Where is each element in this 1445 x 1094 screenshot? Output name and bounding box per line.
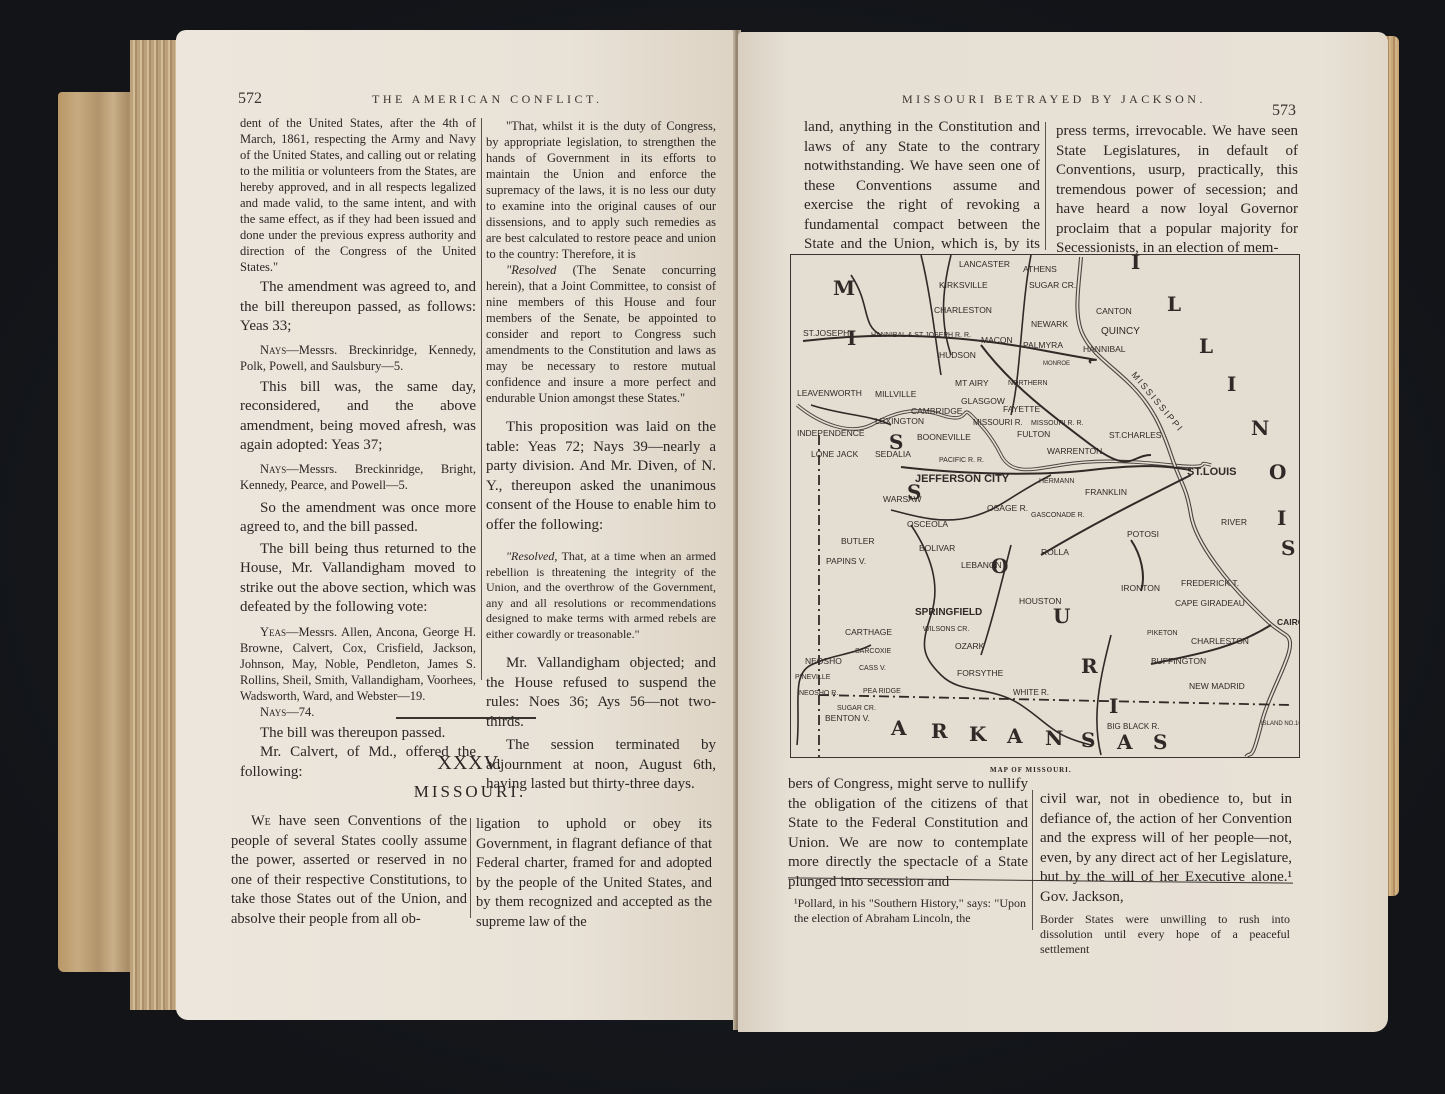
column-rule [481, 118, 482, 680]
svg-text:S: S [1153, 730, 1167, 754]
svg-text:SPRINGFIELD: SPRINGFIELD [915, 607, 982, 618]
paragraph: The bill being thus returned to the Hous… [240, 540, 476, 618]
svg-text:K: K [969, 722, 987, 746]
left-page-column-1: dent of the United States, after the 4th… [240, 115, 476, 782]
svg-text:HANNIBAL & ST JOSEPH R. R.: HANNIBAL & ST JOSEPH R. R. [871, 332, 971, 339]
paragraph: Nays—Messrs. Breckinridge, Bright, Kenne… [240, 461, 476, 493]
paragraph: "That, whilst it is the duty of Congress… [486, 118, 716, 262]
svg-text:HERMANN: HERMANN [1039, 478, 1074, 485]
svg-text:A: A [1006, 724, 1023, 748]
svg-text:PALMYRA: PALMYRA [1023, 340, 1063, 350]
map-labels: LANCASTERATHENS KIRKSVILLESUGAR CR. CHAR… [795, 259, 1299, 731]
svg-text:FORSYTHE: FORSYTHE [957, 668, 1004, 678]
svg-text:CAMBRIDGE: CAMBRIDGE [911, 406, 963, 416]
svg-text:ST.LOUIS: ST.LOUIS [1187, 466, 1237, 478]
paragraph: "Resolved (The Senate concurring herein)… [486, 262, 716, 406]
paragraph: We have seen Conventions of the people o… [231, 812, 467, 929]
svg-text:CANTON: CANTON [1096, 306, 1132, 316]
svg-text:RIVER: RIVER [1221, 517, 1247, 527]
paragraph: The amendment was agreed to, and the bil… [240, 278, 476, 337]
column-rule [1045, 122, 1046, 250]
svg-text:BUTLER: BUTLER [841, 536, 875, 546]
svg-text:MISSOURI R. R.: MISSOURI R. R. [1031, 420, 1084, 427]
map-caption: MAP OF MISSOURI. [990, 766, 1072, 774]
chapter-divider-rule [396, 717, 536, 719]
svg-text:NEOSHO R.: NEOSHO R. [799, 690, 838, 697]
svg-text:U: U [1053, 604, 1070, 628]
svg-text:MISSOURI R.: MISSOURI R. [973, 418, 1023, 427]
svg-text:ATHENS: ATHENS [1023, 264, 1057, 274]
svg-text:M: M [833, 276, 855, 300]
svg-text:IRONTON: IRONTON [1121, 583, 1160, 593]
map-of-missouri: LANCASTERATHENS KIRKSVILLESUGAR CR. CHAR… [790, 254, 1300, 758]
svg-text:N: N [1251, 416, 1269, 440]
svg-text:BIG BLACK R.: BIG BLACK R. [1107, 722, 1159, 731]
left-page-column-2: "That, whilst it is the duty of Congress… [486, 118, 716, 795]
svg-text:NORTHERN: NORTHERN [1008, 380, 1048, 387]
svg-text:ISLAND NO.10: ISLAND NO.10 [1261, 721, 1299, 727]
svg-text:PACIFIC R. R.: PACIFIC R. R. [939, 457, 984, 464]
page-stack-left [130, 40, 180, 1010]
svg-text:I: I [1109, 694, 1118, 718]
svg-text:NEOSHO: NEOSHO [805, 656, 842, 666]
svg-text:WHITE R.: WHITE R. [1013, 688, 1049, 697]
svg-text:MONROE: MONROE [1043, 361, 1070, 367]
svg-text:O: O [991, 554, 1008, 578]
svg-text:CASS V.: CASS V. [859, 665, 886, 672]
svg-text:I: I [1131, 255, 1140, 274]
svg-text:ST.CHARLES: ST.CHARLES [1109, 430, 1162, 440]
svg-text:S: S [907, 480, 921, 504]
svg-text:MT AIRY: MT AIRY [955, 378, 989, 388]
paragraph: Mr. Vallandigham objected; and the House… [486, 654, 716, 732]
svg-text:QUINCY: QUINCY [1101, 326, 1140, 337]
chapter-number: XXXV. [380, 752, 560, 775]
svg-text:OZARK: OZARK [955, 641, 985, 651]
svg-text:A: A [890, 716, 907, 740]
svg-text:L: L [1199, 334, 1213, 358]
svg-text:N: N [1045, 726, 1063, 750]
svg-text:OSCEOLA: OSCEOLA [907, 519, 948, 529]
svg-text:LANCASTER: LANCASTER [959, 259, 1010, 269]
svg-text:FRANKLIN: FRANKLIN [1085, 487, 1127, 497]
svg-text:CHARLESTON: CHARLESTON [1191, 636, 1249, 646]
chapter-title: MISSOURI. [380, 782, 560, 802]
svg-text:S: S [1081, 728, 1095, 752]
map-illustration: LANCASTERATHENS KIRKSVILLESUGAR CR. CHAR… [791, 255, 1299, 757]
column-rule [1032, 790, 1033, 930]
svg-text:ROLLA: ROLLA [1041, 547, 1069, 557]
svg-text:PAPINS V.: PAPINS V. [826, 556, 866, 566]
paragraph: dent of the United States, after the 4th… [240, 115, 476, 275]
right-page-top-column-1: land, anything in the Constitution and l… [804, 118, 1040, 274]
paragraph: Nays—Messrs. Breckinridge, Kennedy, Polk… [240, 342, 476, 374]
svg-text:HANNIBAL: HANNIBAL [1083, 344, 1126, 354]
svg-text:PEA RIDGE: PEA RIDGE [863, 688, 901, 695]
svg-text:S: S [1281, 536, 1295, 560]
chapter-column-2: ligation to uphold or obey its Governmen… [476, 815, 712, 932]
svg-text:INDEPENDENCE: INDEPENDENCE [797, 428, 865, 438]
svg-text:R: R [1081, 654, 1098, 678]
paragraph: "Resolved, That, at a time when an armed… [486, 549, 716, 642]
svg-text:LEXINGTON: LEXINGTON [875, 416, 924, 426]
svg-text:BUFFINGTON: BUFFINGTON [1151, 656, 1206, 666]
svg-text:A: A [1116, 730, 1133, 754]
svg-text:WARRENTON: WARRENTON [1047, 446, 1102, 456]
paragraph: This proposition was laid on the table: … [486, 418, 716, 535]
page-number-right: 573 [1272, 102, 1296, 120]
chapter-column-1: We have seen Conventions of the people o… [231, 812, 467, 929]
right-page-bottom-column-1: bers of Congress, might serve to nullify… [788, 775, 1028, 892]
svg-text:FULTON: FULTON [1017, 429, 1050, 439]
svg-text:KIRKSVILLE: KIRKSVILLE [939, 280, 988, 290]
svg-text:POTOSI: POTOSI [1127, 529, 1159, 539]
svg-text:PIKETON: PIKETON [1147, 630, 1178, 637]
svg-text:SUGAR CR.: SUGAR CR. [837, 705, 876, 712]
svg-text:ST.JOSEPH: ST.JOSEPH [803, 328, 849, 338]
map-region-letters: MISS OURI ILLI NOIS ARKA NSAS [833, 255, 1295, 754]
svg-text:I: I [1227, 372, 1236, 396]
svg-text:L: L [1167, 292, 1181, 316]
svg-text:S: S [889, 430, 903, 454]
footnote-column-1: ¹Pollard, in his "Southern History," say… [794, 896, 1026, 926]
paragraph: This bill was, the same day, reconsidere… [240, 378, 476, 456]
svg-text:R: R [931, 719, 948, 743]
svg-text:BOLIVAR: BOLIVAR [919, 543, 955, 553]
svg-text:CARTHAGE: CARTHAGE [845, 627, 892, 637]
right-page-top-column-2: press terms, irrevocable. We have seen S… [1056, 122, 1298, 259]
svg-text:O: O [1269, 460, 1286, 484]
paragraph: ligation to uphold or obey its Governmen… [476, 815, 712, 932]
svg-text:LONE JACK: LONE JACK [811, 449, 859, 459]
svg-text:HUDSON: HUDSON [939, 350, 976, 360]
running-head-left: THE AMERICAN CONFLICT. [372, 92, 602, 107]
svg-text:BENTON V.: BENTON V. [825, 713, 870, 723]
svg-text:FAYETTE: FAYETTE [1003, 404, 1040, 414]
svg-text:SARCOXIE: SARCOXIE [855, 648, 892, 655]
svg-text:WILSONS CR.: WILSONS CR. [923, 626, 969, 633]
svg-text:LEAVENWORTH: LEAVENWORTH [797, 388, 862, 398]
svg-text:I: I [847, 326, 856, 350]
svg-text:MACON: MACON [981, 335, 1013, 345]
svg-text:GLASGOW: GLASGOW [961, 396, 1005, 406]
svg-text:PINEVILLE: PINEVILLE [795, 674, 831, 681]
paragraph: So the amendment was once more agreed to… [240, 499, 476, 538]
svg-text:SUGAR CR.: SUGAR CR. [1029, 280, 1076, 290]
paragraph: The bill was thereupon passed. [240, 724, 476, 744]
svg-text:CAPE GIRADEAU: CAPE GIRADEAU [1175, 598, 1245, 608]
svg-text:BOONEVILLE: BOONEVILLE [917, 432, 971, 442]
svg-text:CAIRO: CAIRO [1277, 617, 1299, 627]
svg-text:CHARLESTON: CHARLESTON [934, 305, 992, 315]
svg-text:NEWARK: NEWARK [1031, 319, 1068, 329]
page-number-left: 572 [238, 90, 262, 108]
svg-text:I: I [1277, 506, 1286, 530]
svg-text:FREDERICK T.: FREDERICK T. [1181, 578, 1239, 588]
right-page-bottom-column-2: civil war, not in obedience to, but in d… [1040, 790, 1292, 907]
svg-text:NEW MADRID: NEW MADRID [1189, 681, 1245, 691]
footnote-column-2: Border States were unwilling to rush int… [1040, 912, 1290, 957]
svg-text:JEFFERSON CITY: JEFFERSON CITY [915, 473, 1010, 485]
svg-text:GASCONADE R.: GASCONADE R. [1031, 512, 1085, 519]
svg-text:MILLVILLE: MILLVILLE [875, 389, 917, 399]
column-rule [470, 818, 471, 918]
paragraph: Yeas—Messrs. Allen, Ancona, George H. Br… [240, 624, 476, 704]
running-head-right: MISSOURI BETRAYED BY JACKSON. [902, 92, 1206, 107]
svg-text:OSAGE R.: OSAGE R. [987, 503, 1028, 513]
